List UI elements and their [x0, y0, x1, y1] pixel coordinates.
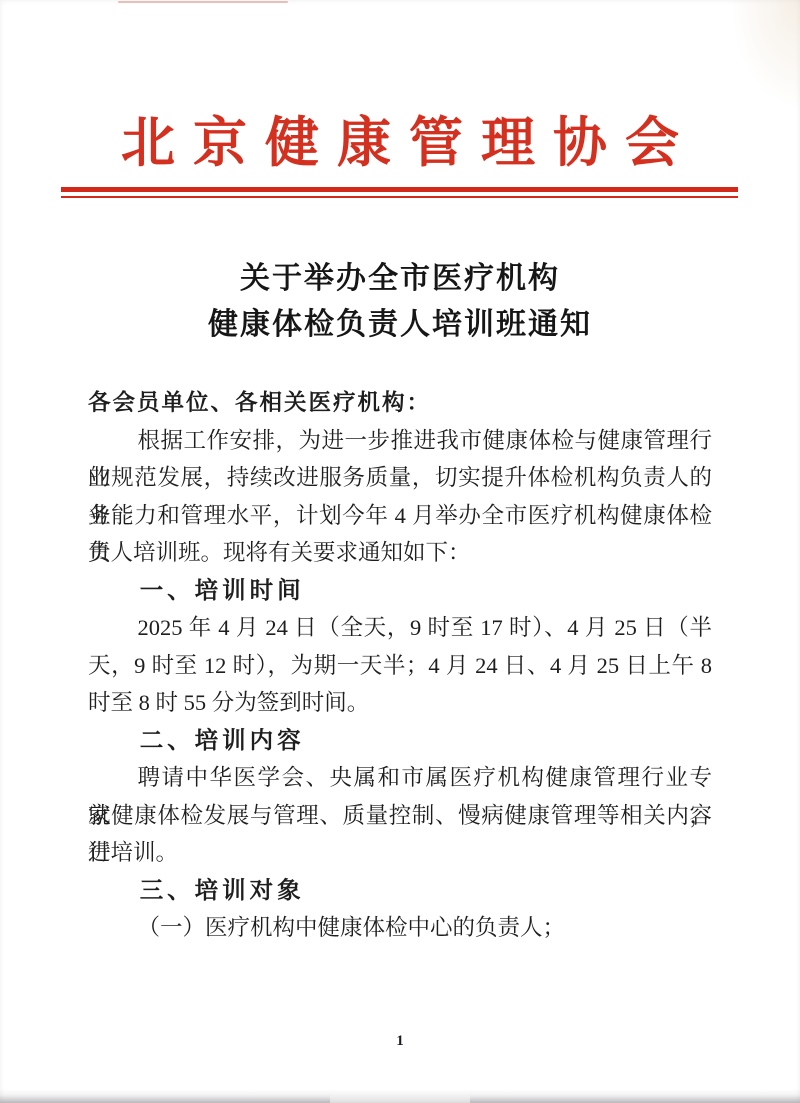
scan-shadow-bottom-left — [0, 1095, 330, 1103]
body-line: 行培训。 — [88, 834, 712, 872]
body-line: 务能力和管理水平，计划今年 4 月举办全市医疗机构健康体检负 — [88, 497, 712, 535]
scan-shadow-bottom-right — [470, 1095, 800, 1103]
document-page: 北京健康管理协会 关于举办全市医疗机构 健康体检负责人培训班通知 各会员单位、各… — [0, 0, 800, 1103]
body-line: 聘请中华医学会、央属和市属医疗机构健康管理行业专家， — [88, 759, 712, 797]
document-title: 关于举办全市医疗机构 健康体检负责人培训班通知 — [0, 256, 800, 348]
scan-artifact-corner — [730, 0, 800, 110]
body-line: 天，9 时至 12 时），为期一天半；4 月 24 日、4 月 25 日上午 8 — [88, 647, 712, 685]
body-line: 的规范发展，持续改进服务质量，切实提升体检机构负责人的业 — [88, 459, 712, 497]
section-heading-1: 一、培训时间 — [88, 572, 712, 610]
letterhead-org-name: 北京健康管理协会 — [0, 100, 800, 177]
body-line: 根据工作安排，为进一步推进我市健康体检与健康管理行业 — [88, 422, 712, 460]
body-line: （一）医疗机构中健康体检中心的负责人； — [88, 909, 712, 947]
letterhead-rule-thick — [61, 187, 738, 192]
section-heading-3: 三、培训对象 — [88, 872, 712, 910]
salutation-line: 各会员单位、各相关医疗机构： — [88, 384, 712, 422]
body-line: 时至 8 时 55 分为签到时间。 — [88, 684, 712, 722]
letterhead-rule-thin — [61, 196, 738, 198]
document-title-line2: 健康体检负责人培训班通知 — [0, 302, 800, 348]
body-line: 就健康体检发展与管理、质量控制、慢病健康管理等相关内容进 — [88, 797, 712, 835]
page-number: 1 — [0, 1033, 800, 1050]
document-title-line1: 关于举办全市医疗机构 — [0, 256, 800, 302]
section-heading-2: 二、培训内容 — [88, 722, 712, 760]
body-line: 2025 年 4 月 24 日（全天，9 时至 17 时）、4 月 25 日（半 — [88, 609, 712, 647]
document-body: 各会员单位、各相关医疗机构： 根据工作安排，为进一步推进我市健康体检与健康管理行… — [88, 384, 712, 947]
body-line: 责人培训班。现将有关要求通知如下： — [88, 534, 712, 572]
scan-artifact-line — [118, 1, 288, 3]
